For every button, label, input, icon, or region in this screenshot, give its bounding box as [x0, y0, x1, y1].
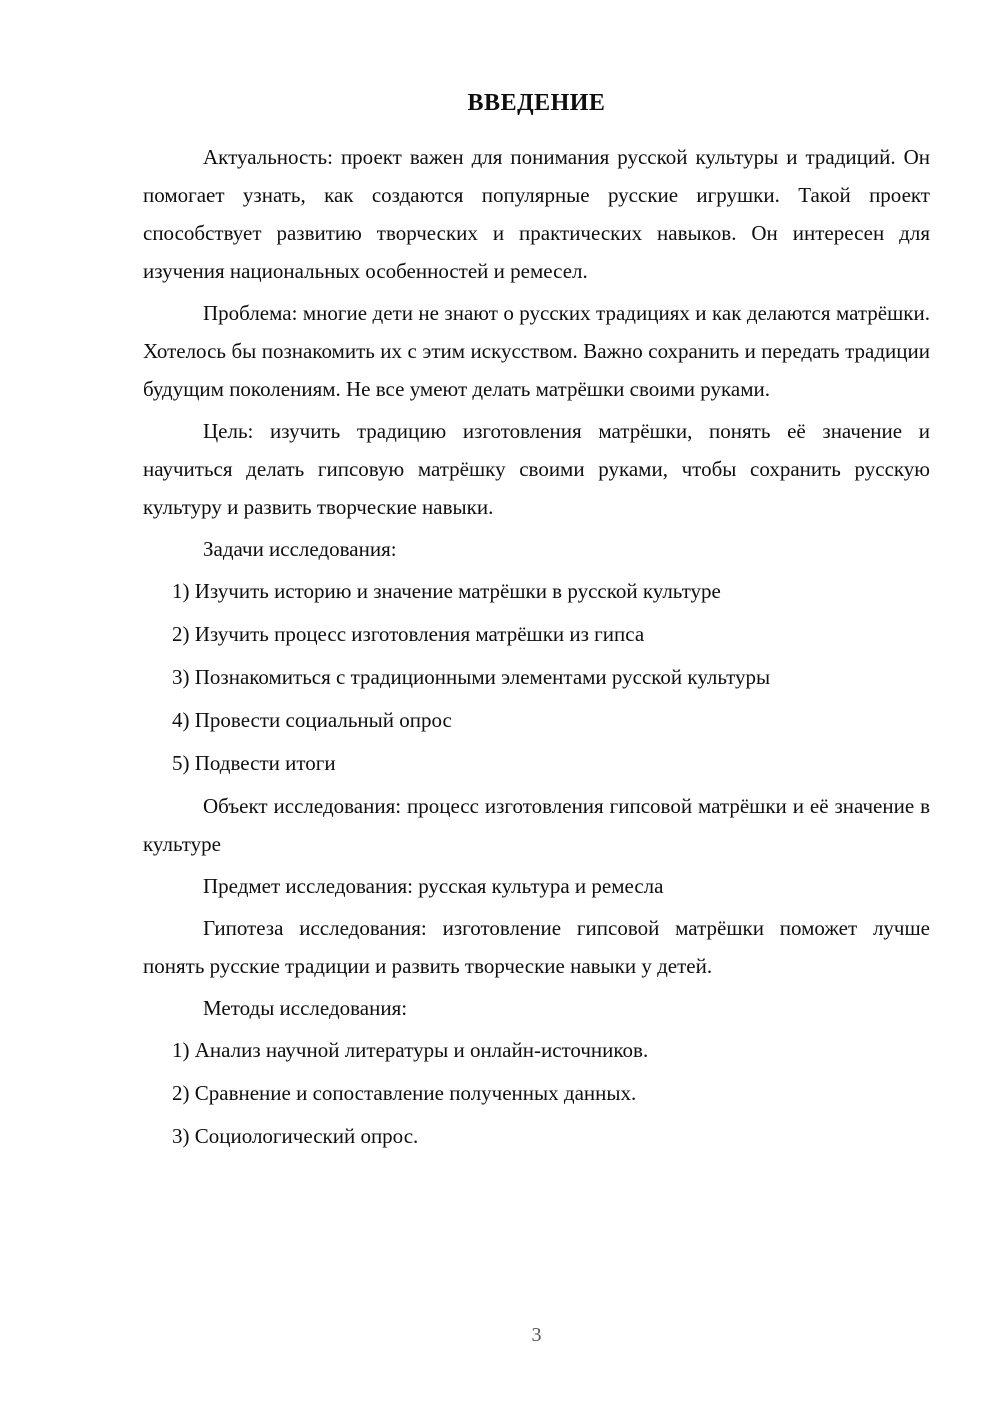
method-text: Социологический опрос.: [195, 1124, 419, 1148]
method-text: Анализ научной литературы и онлайн-источ…: [195, 1038, 648, 1062]
task-number: 5): [172, 751, 190, 775]
task-number: 2): [172, 622, 190, 646]
method-list-item: 3) Социологический опрос.: [172, 1117, 930, 1155]
paragraph-subject: Предмет исследования: русская культура и…: [143, 867, 930, 905]
paragraph-hypothesis: Гипотеза исследования: изготовление гипс…: [143, 909, 930, 985]
method-text: Сравнение и сопоставление полученных дан…: [195, 1081, 636, 1105]
task-list-item: 2) Изучить процесс изготовления матрёшки…: [172, 615, 930, 653]
task-list-item: 1) Изучить историю и значение матрёшки в…: [172, 572, 930, 610]
task-text: Провести социальный опрос: [195, 708, 452, 732]
paragraph-relevance: Актуальность: проект важен для понимания…: [143, 138, 930, 290]
document-content: ВВЕДЕНИЕ Актуальность: проект важен для …: [143, 88, 930, 1160]
section-heading-methods: Методы исследования:: [143, 989, 930, 1027]
task-list-item: 5) Подвести итоги: [172, 744, 930, 782]
method-number: 1): [172, 1038, 190, 1062]
method-list-item: 1) Анализ научной литературы и онлайн-ис…: [172, 1031, 930, 1069]
task-number: 1): [172, 579, 190, 603]
task-text: Изучить процесс изготовления матрёшки из…: [195, 622, 644, 646]
task-text: Изучить историю и значение матрёшки в ру…: [195, 579, 721, 603]
methods-list: 1) Анализ научной литературы и онлайн-ис…: [143, 1031, 930, 1155]
section-heading-tasks: Задачи исследования:: [143, 530, 930, 568]
task-text: Познакомиться с традиционными элементами…: [195, 665, 770, 689]
paragraph-problem: Проблема: многие дети не знают о русских…: [143, 294, 930, 408]
page-title: ВВЕДЕНИЕ: [143, 88, 930, 118]
task-text: Подвести итоги: [195, 751, 336, 775]
method-number: 2): [172, 1081, 190, 1105]
document-page: ВВЕДЕНИЕ Актуальность: проект важен для …: [0, 0, 1000, 1414]
paragraph-object: Объект исследования: процесс изготовлени…: [143, 787, 930, 863]
method-list-item: 2) Сравнение и сопоставление полученных …: [172, 1074, 930, 1112]
task-number: 3): [172, 665, 190, 689]
page-number: 3: [143, 1324, 930, 1347]
tasks-list: 1) Изучить историю и значение матрёшки в…: [143, 572, 930, 782]
task-list-item: 4) Провести социальный опрос: [172, 701, 930, 739]
task-list-item: 3) Познакомиться с традиционными элемент…: [172, 658, 930, 696]
paragraph-goal: Цель: изучить традицию изготовления матр…: [143, 412, 930, 526]
task-number: 4): [172, 708, 190, 732]
method-number: 3): [172, 1124, 190, 1148]
